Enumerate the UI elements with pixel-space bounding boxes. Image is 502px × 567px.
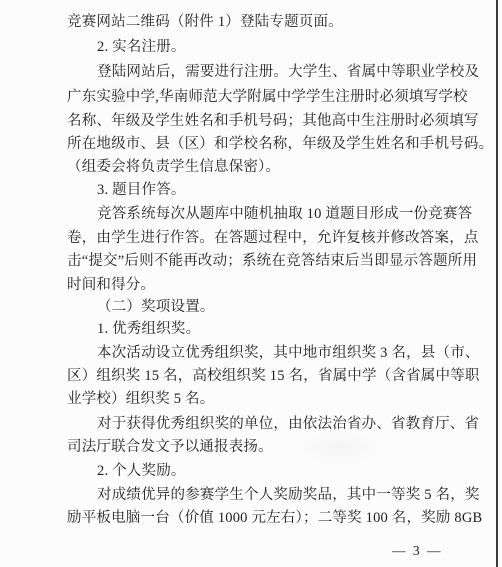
text-line: 登陆网站后，需要进行注册。大学生、省属中等职业学校及 — [97, 62, 479, 82]
text-line: 名称、年级及学生姓名和手机号码；其他高中生注册时必须填写 — [67, 111, 479, 131]
text-line: （二）奖项设置。 — [97, 297, 215, 317]
text-line: 所在地级市、县（区）和学校名称，年级及学生姓名和手机号码。 — [67, 134, 493, 154]
scan-smudge — [300, 430, 380, 466]
document-page: 竞赛网站二维码（附件 1）登陆专题页面。 2. 实名注册。 登陆网站后，需要进行… — [0, 0, 502, 567]
text-line: 对于获得优秀组织奖的单位，由依法治省办、省教育厅、省 — [97, 414, 479, 434]
text-line: 时间和得分。 — [67, 275, 155, 295]
text-line: 竞答系统每次从题库中随机抽取 10 道题目形成一份竞赛答 — [97, 204, 472, 224]
text-line: 本次活动设立优秀组织奖，其中地市组织奖 3 名，县（市、 — [97, 343, 480, 363]
text-line: （组委会将负责学生信息保密）。 — [67, 157, 280, 177]
text-line: 3. 题目作答。 — [97, 180, 186, 200]
text-line: 卷，由学生进行作答。在答题过程中，允许复核并修改答案，点 — [67, 228, 479, 248]
text-line: 竞赛网站二维码（附件 1）登陆专题页面。 — [67, 12, 343, 32]
text-line: 业学校）组织奖 5 名。 — [67, 389, 214, 409]
text-line: 司法厅联合发文予以通报表扬。 — [67, 437, 273, 457]
text-line: 2. 实名注册。 — [97, 37, 186, 57]
page-number: — 3 — — [392, 543, 443, 559]
text-line: 1. 优秀组织奖。 — [97, 319, 200, 339]
text-line: 广东实验中学,华南师范大学附属中学学生注册时必须填写学校 — [67, 87, 468, 107]
text-line: 对成绩优异的参赛学生个人奖励奖品，其中一等奖 5 名，奖 — [97, 485, 480, 505]
text-line: 击“提交”后则不能再改动；系统在竞答结束后当即显示答题所用 — [67, 251, 477, 271]
text-line: 励平板电脑一台（价值 1000 元左右）；二等奖 100 名，奖励 8GB — [67, 508, 482, 528]
text-line: 区）组织奖 15 名，高校组织奖 15 名，省属中学（含省属中等职 — [67, 366, 480, 386]
scan-edge-right — [496, 0, 498, 567]
text-line: 2. 个人奖励。 — [97, 461, 186, 481]
